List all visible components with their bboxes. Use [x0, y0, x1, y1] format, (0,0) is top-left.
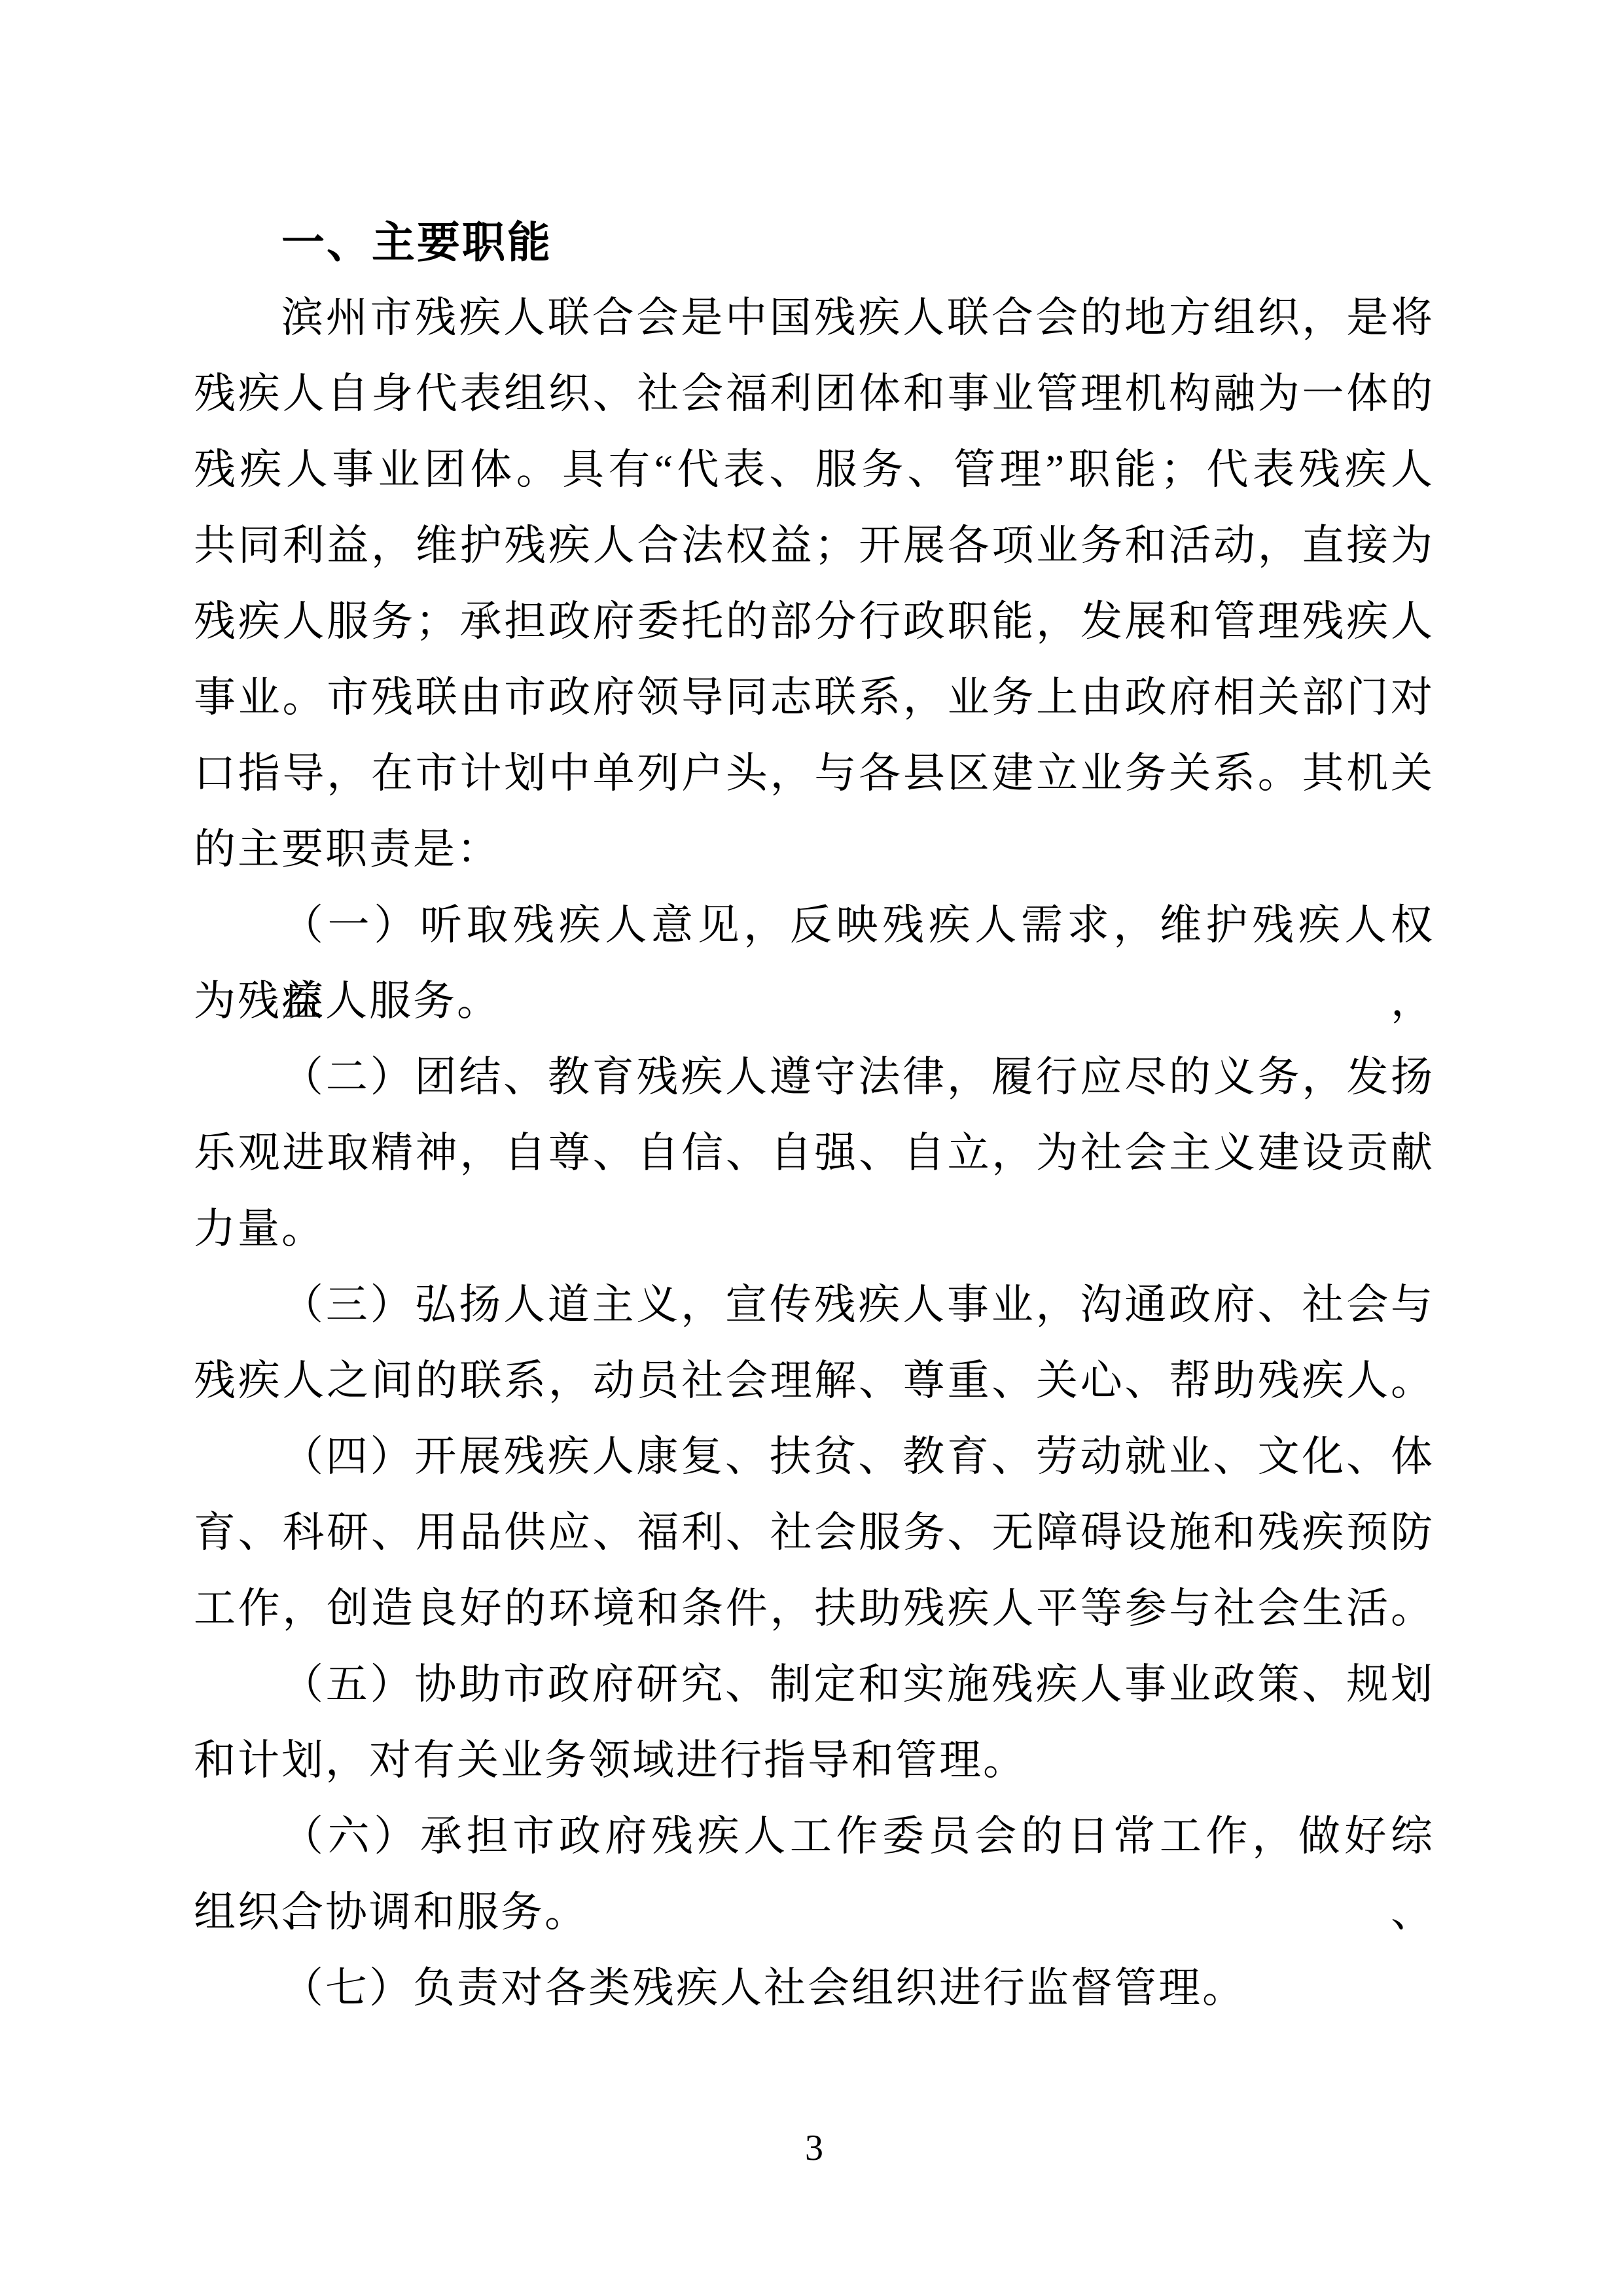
- text-line: 残疾人自身代表组织、社会福利团体和事业管理机构融为一体的: [194, 356, 1435, 432]
- page-number: 3: [194, 2122, 1435, 2174]
- document-page: 一、主要职能 滨州市残疾人联合会是中国残疾人联合会的地方组织，是将 残疾人自身代…: [0, 0, 1623, 2296]
- section-heading: 一、主要职能: [194, 204, 1435, 280]
- text-line: （三）弘扬人道主义，宣传残疾人事业，沟通政府、社会与: [194, 1267, 1435, 1343]
- text-line: （一）听取残疾人意见，反映残疾人需求，维护残疾人权益，: [194, 888, 1435, 963]
- text-line: 滨州市残疾人联合会是中国残疾人联合会的地方组织，是将: [194, 280, 1435, 356]
- text-line: （七）负责对各类残疾人社会组织进行监督管理。: [194, 1950, 1435, 2026]
- text-line: （五）协助市政府研究、制定和实施残疾人事业政策、规划: [194, 1647, 1435, 1723]
- text-line: 口指导，在市计划中单列户头，与各县区建立业务关系。其机关: [194, 736, 1435, 812]
- text-line: （六）承担市政府残疾人工作委员会的日常工作，做好综合、: [194, 1799, 1435, 1874]
- text-line: 乐观进取精神，自尊、自信、自强、自立，为社会主义建设贡献: [194, 1115, 1435, 1191]
- text-line: 和计划，对有关业务领域进行指导和管理。: [194, 1723, 1435, 1799]
- text-line: 残疾人事业团体。具有“代表、服务、管理”职能；代表残疾人: [194, 432, 1435, 508]
- text-line: 育、科研、用品供应、福利、社会服务、无障碍设施和残疾预防: [194, 1495, 1435, 1571]
- text-line: 残疾人之间的联系，动员社会理解、尊重、关心、帮助残疾人。: [194, 1343, 1435, 1419]
- text-line: 残疾人服务；承担政府委托的部分行政职能，发展和管理残疾人: [194, 584, 1435, 660]
- text-line: 共同利益，维护残疾人合法权益；开展各项业务和活动，直接为: [194, 508, 1435, 584]
- text-line: （二）团结、教育残疾人遵守法律，履行应尽的义务，发扬: [194, 1039, 1435, 1115]
- text-line: 的主要职责是：: [194, 812, 1435, 888]
- text-line: 力量。: [194, 1191, 1435, 1267]
- text-line: 事业。市残联由市政府领导同志联系，业务上由政府相关部门对: [194, 660, 1435, 736]
- text-line: （四）开展残疾人康复、扶贫、教育、劳动就业、文化、体: [194, 1419, 1435, 1495]
- document-body: 一、主要职能 滨州市残疾人联合会是中国残疾人联合会的地方组织，是将 残疾人自身代…: [194, 204, 1435, 2026]
- text-line: 工作，创造良好的环境和条件，扶助残疾人平等参与社会生活。: [194, 1571, 1435, 1647]
